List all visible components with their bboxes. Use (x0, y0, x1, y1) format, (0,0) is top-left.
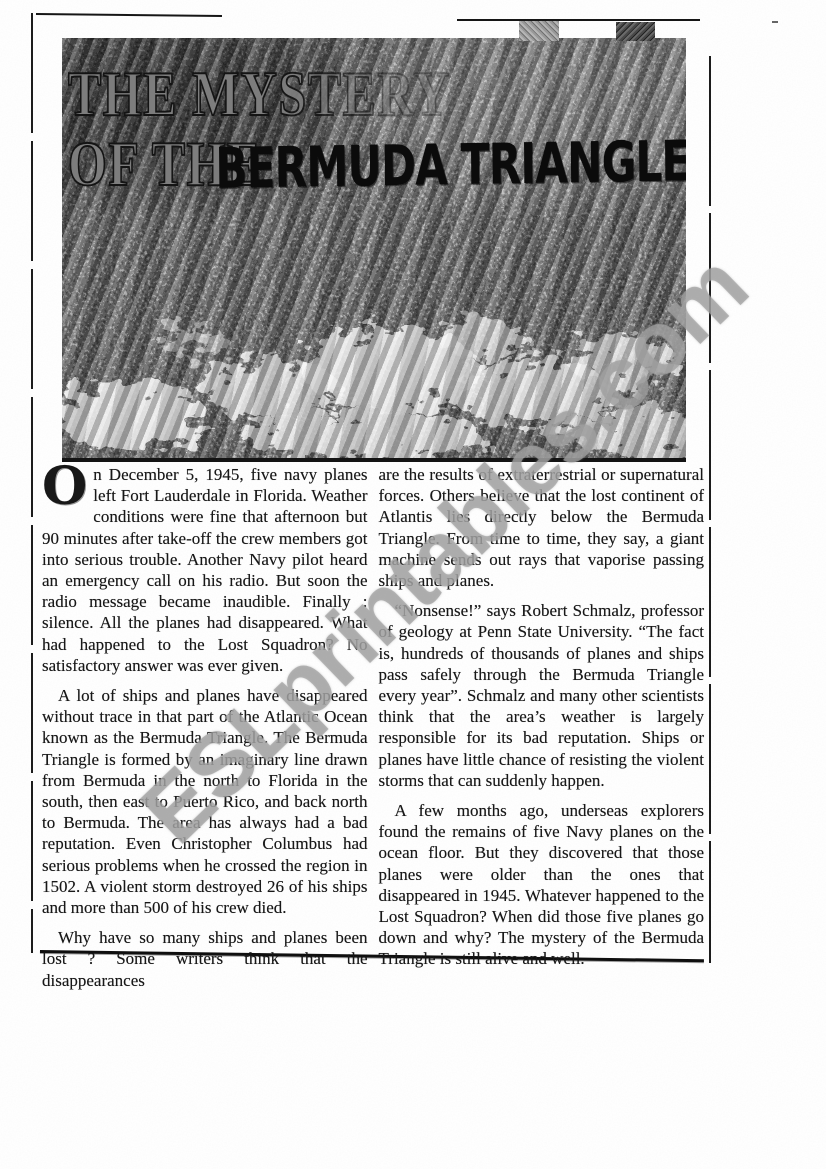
headline: THE MYSTERY OF THE BERMUDA TRIANGLE (62, 38, 686, 458)
article-body: On December 5, 1945, five navy planes le… (42, 464, 704, 1000)
scan-edge-line-left (31, 13, 33, 953)
scan-edge-line-top-left (36, 13, 222, 17)
scan-speck (772, 21, 778, 23)
ocean-waves-photo: THE MYSTERY OF THE BERMUDA TRIANGLE (62, 38, 686, 462)
scan-artifact-tab-dark (616, 22, 655, 41)
drop-cap: O (42, 464, 93, 507)
scanned-article-page: THE MYSTERY OF THE BERMUDA TRIANGLE On D… (0, 0, 826, 1169)
scan-edge-line-right (709, 56, 711, 963)
scan-artifact-tab-gray (519, 21, 559, 41)
paragraph-underseas-explorers: A few months ago, underseas explorers fo… (379, 800, 705, 970)
paragraph-theories: are the results of extraterrestrial or s… (379, 464, 705, 591)
title-line-3: BERMUDA TRIANGLE (215, 130, 686, 199)
article-right-column: are the results of extraterrestrial or s… (379, 464, 705, 1000)
title-line-1: THE MYSTERY (68, 64, 451, 124)
scan-edge-line-top-right (457, 19, 700, 21)
paragraph-opening: On December 5, 1945, five navy planes le… (42, 464, 368, 676)
article-left-column: On December 5, 1945, five navy planes le… (42, 464, 368, 1000)
paragraph-triangle-description: A lot of ships and planes have disappear… (42, 685, 368, 918)
paragraph-schmalz-quote: “Nonsense!” says Robert Schmalz, profess… (379, 600, 705, 791)
paragraph-why-lost: Why have so many ships and planes been l… (42, 927, 368, 991)
